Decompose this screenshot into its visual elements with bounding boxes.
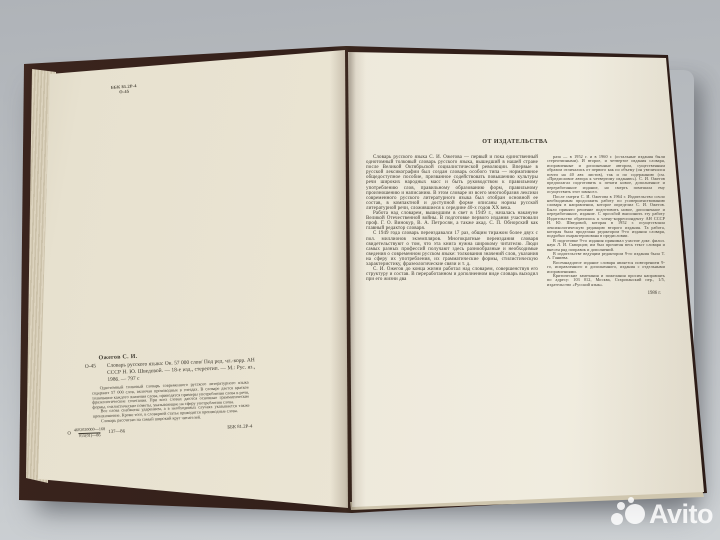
paragraph: С 1949 года словарь переиздавался 17 раз… <box>366 231 538 267</box>
avito-watermark: Avito <box>608 495 713 533</box>
bbk-code: ББК 81.2Р-4 <box>227 424 252 430</box>
preface-column-2-text: раза — в 1952 г. и в 1960 г. (остальные … <box>547 155 665 287</box>
preface-columns: Словарь русского языка С. И. Ожегова — п… <box>366 155 665 296</box>
catalog-prefix: О <box>67 431 71 436</box>
catalog-fraction: 4602020000—168 015(01)—86 <box>74 427 106 439</box>
paragraph: Словарь русского языка С. И. Ожегова — п… <box>366 155 538 211</box>
paragraph: Работа над словарем, вышедшим в свет в 1… <box>366 211 538 231</box>
imprint-block: Ожегов С. И. О-45 Словарь русского языка… <box>62 349 257 439</box>
paragraph: раза — в 1952 г. и в 1960 г. (остальные … <box>547 155 665 195</box>
annotation-block: Однотомный толковый словарь современного… <box>92 381 250 424</box>
paragraph: После смерти С. И. Ожегова в 1964 г. Изд… <box>547 195 665 239</box>
citation-label: О-45 <box>85 363 107 370</box>
preface-column-1: Словарь русского языка С. И. Ожегова — п… <box>366 155 538 296</box>
paragraph: С. И. Ожегов до конца жизни работал над … <box>366 267 538 282</box>
paragraph: Восемнадцатое издание словаря является п… <box>547 261 665 274</box>
preface-heading: ОТ ИЗДАТЕЛЬСТВА <box>366 139 664 145</box>
catalog-suffix: 137—86 <box>108 429 125 435</box>
catalog-denominator: 015(01)—86 <box>79 432 101 439</box>
book-gutter <box>330 46 366 512</box>
photo-of-open-book: ББК 81.2Р-4 О-45 Ожегов С. И. О-45 Слова… <box>0 0 720 540</box>
paragraph: Критические замечания и пожелания просим… <box>547 274 665 287</box>
preface-column-2: раза — в 1952 г. и в 1960 г. (остальные … <box>547 155 665 296</box>
paragraph: В подготовке 9-го издания принимал участ… <box>547 239 665 252</box>
avito-wordmark: Avito <box>649 501 713 528</box>
bibliographic-citation: Словарь русского языка: Ок. 57 000 слов/… <box>107 357 256 383</box>
avito-logo-icon <box>608 495 646 533</box>
preface-date: 1986 г. <box>547 291 665 296</box>
